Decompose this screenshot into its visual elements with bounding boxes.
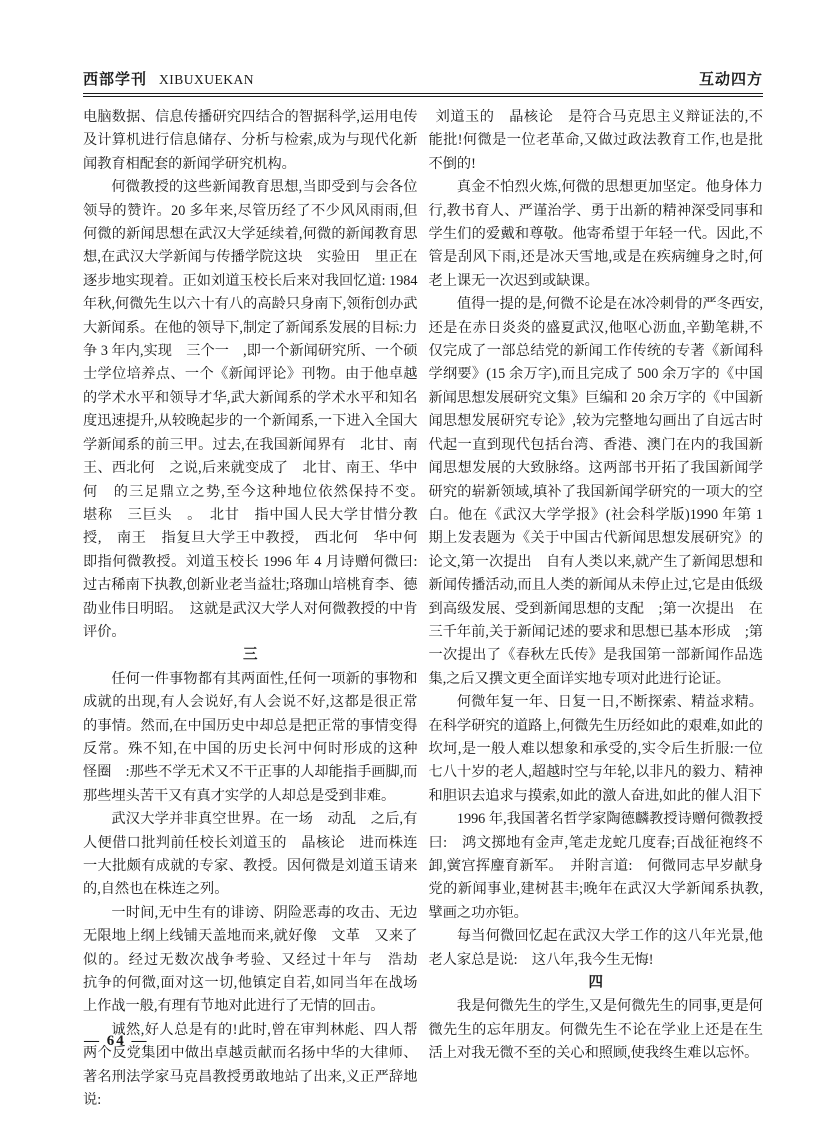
paragraph: 何微教授的这些新闻教育思想,当即受到与会各位领导的赞许。20 多年来,尽管历经了… — [83, 176, 418, 644]
journal-title-en: XIBUXUEKAN — [159, 72, 254, 88]
paragraph: 刘道玉的 晶核论 是符合马克思主义辩证法的,不能批!何微是一位老革命,又做过政法… — [429, 106, 764, 176]
section-heading-4: 四 — [429, 972, 764, 995]
journal-title-cn: 西部学刊 — [83, 68, 147, 89]
paragraph: 我是何微先生的学生,又是何微先生的同事,更是何微先生的忘年朋友。何微先生不论在学… — [429, 995, 764, 1065]
paragraph: 一时间,无中生有的诽谤、阴险恶毒的攻击、无边无限地上纲上线铺天盖地而来,就好像 … — [83, 902, 418, 1019]
running-head: 西部学刊 XIBUXUEKAN 互动四方 — [83, 68, 763, 89]
page-number: — 64 — — [84, 1033, 149, 1050]
paragraph: 值得一提的是,何微不论是在冰冷刺骨的严冬西安,还是在赤日炎炎的盛夏武汉,他呕心沥… — [429, 293, 764, 691]
paragraph: 任何一件事物都有其两面性,任何一项新的事物和成就的出现,有人会说好,有人会说不好… — [83, 668, 418, 808]
paragraph: 电脑数据、信息传播研究四结合的智据科学,运用电传及计算机进行信息储存、分析与检索… — [83, 106, 418, 176]
section-heading-3: 三 — [83, 644, 418, 667]
paragraph: 武汉大学并非真空世界。在一场 动乱 之后,有人便借口批判前任校长刘道玉的 晶核论… — [83, 808, 418, 902]
left-column: 电脑数据、信息传播研究四结合的智据科学,运用电传及计算机进行信息储存、分析与检索… — [83, 106, 418, 1112]
paragraph: 何微年复一年、日复一日,不断探索、精益求精。在科学研究的道路上,何微先生历经如此… — [429, 691, 764, 808]
right-column: 刘道玉的 晶核论 是符合马克思主义辩证法的,不能批!何微是一位老革命,又做过政法… — [429, 106, 764, 1112]
journal-page: 西部学刊 XIBUXUEKAN 互动四方 电脑数据、信息传播研究四结合的智据科学… — [83, 0, 763, 1112]
two-column-body: 电脑数据、信息传播研究四结合的智据科学,运用电传及计算机进行信息储存、分析与检索… — [83, 106, 763, 1112]
journal-title-block: 西部学刊 XIBUXUEKAN — [83, 68, 254, 89]
header-double-rule — [83, 93, 763, 97]
paragraph: 每当何微回忆起在武汉大学工作的这八年光景,他老人家总是说: 这八年,我今生无悔! — [429, 925, 764, 972]
paragraph: 1996 年,我国著名哲学家陶德麟教授诗赠何微教授曰: 鸿文掷地有金声,笔走龙蛇… — [429, 808, 764, 925]
paragraph: 真金不怕烈火炼,何微的思想更加坚定。他身体力行,教书育人、严谨治学、勇于出新的精… — [429, 176, 764, 293]
section-label: 互动四方 — [699, 68, 763, 89]
